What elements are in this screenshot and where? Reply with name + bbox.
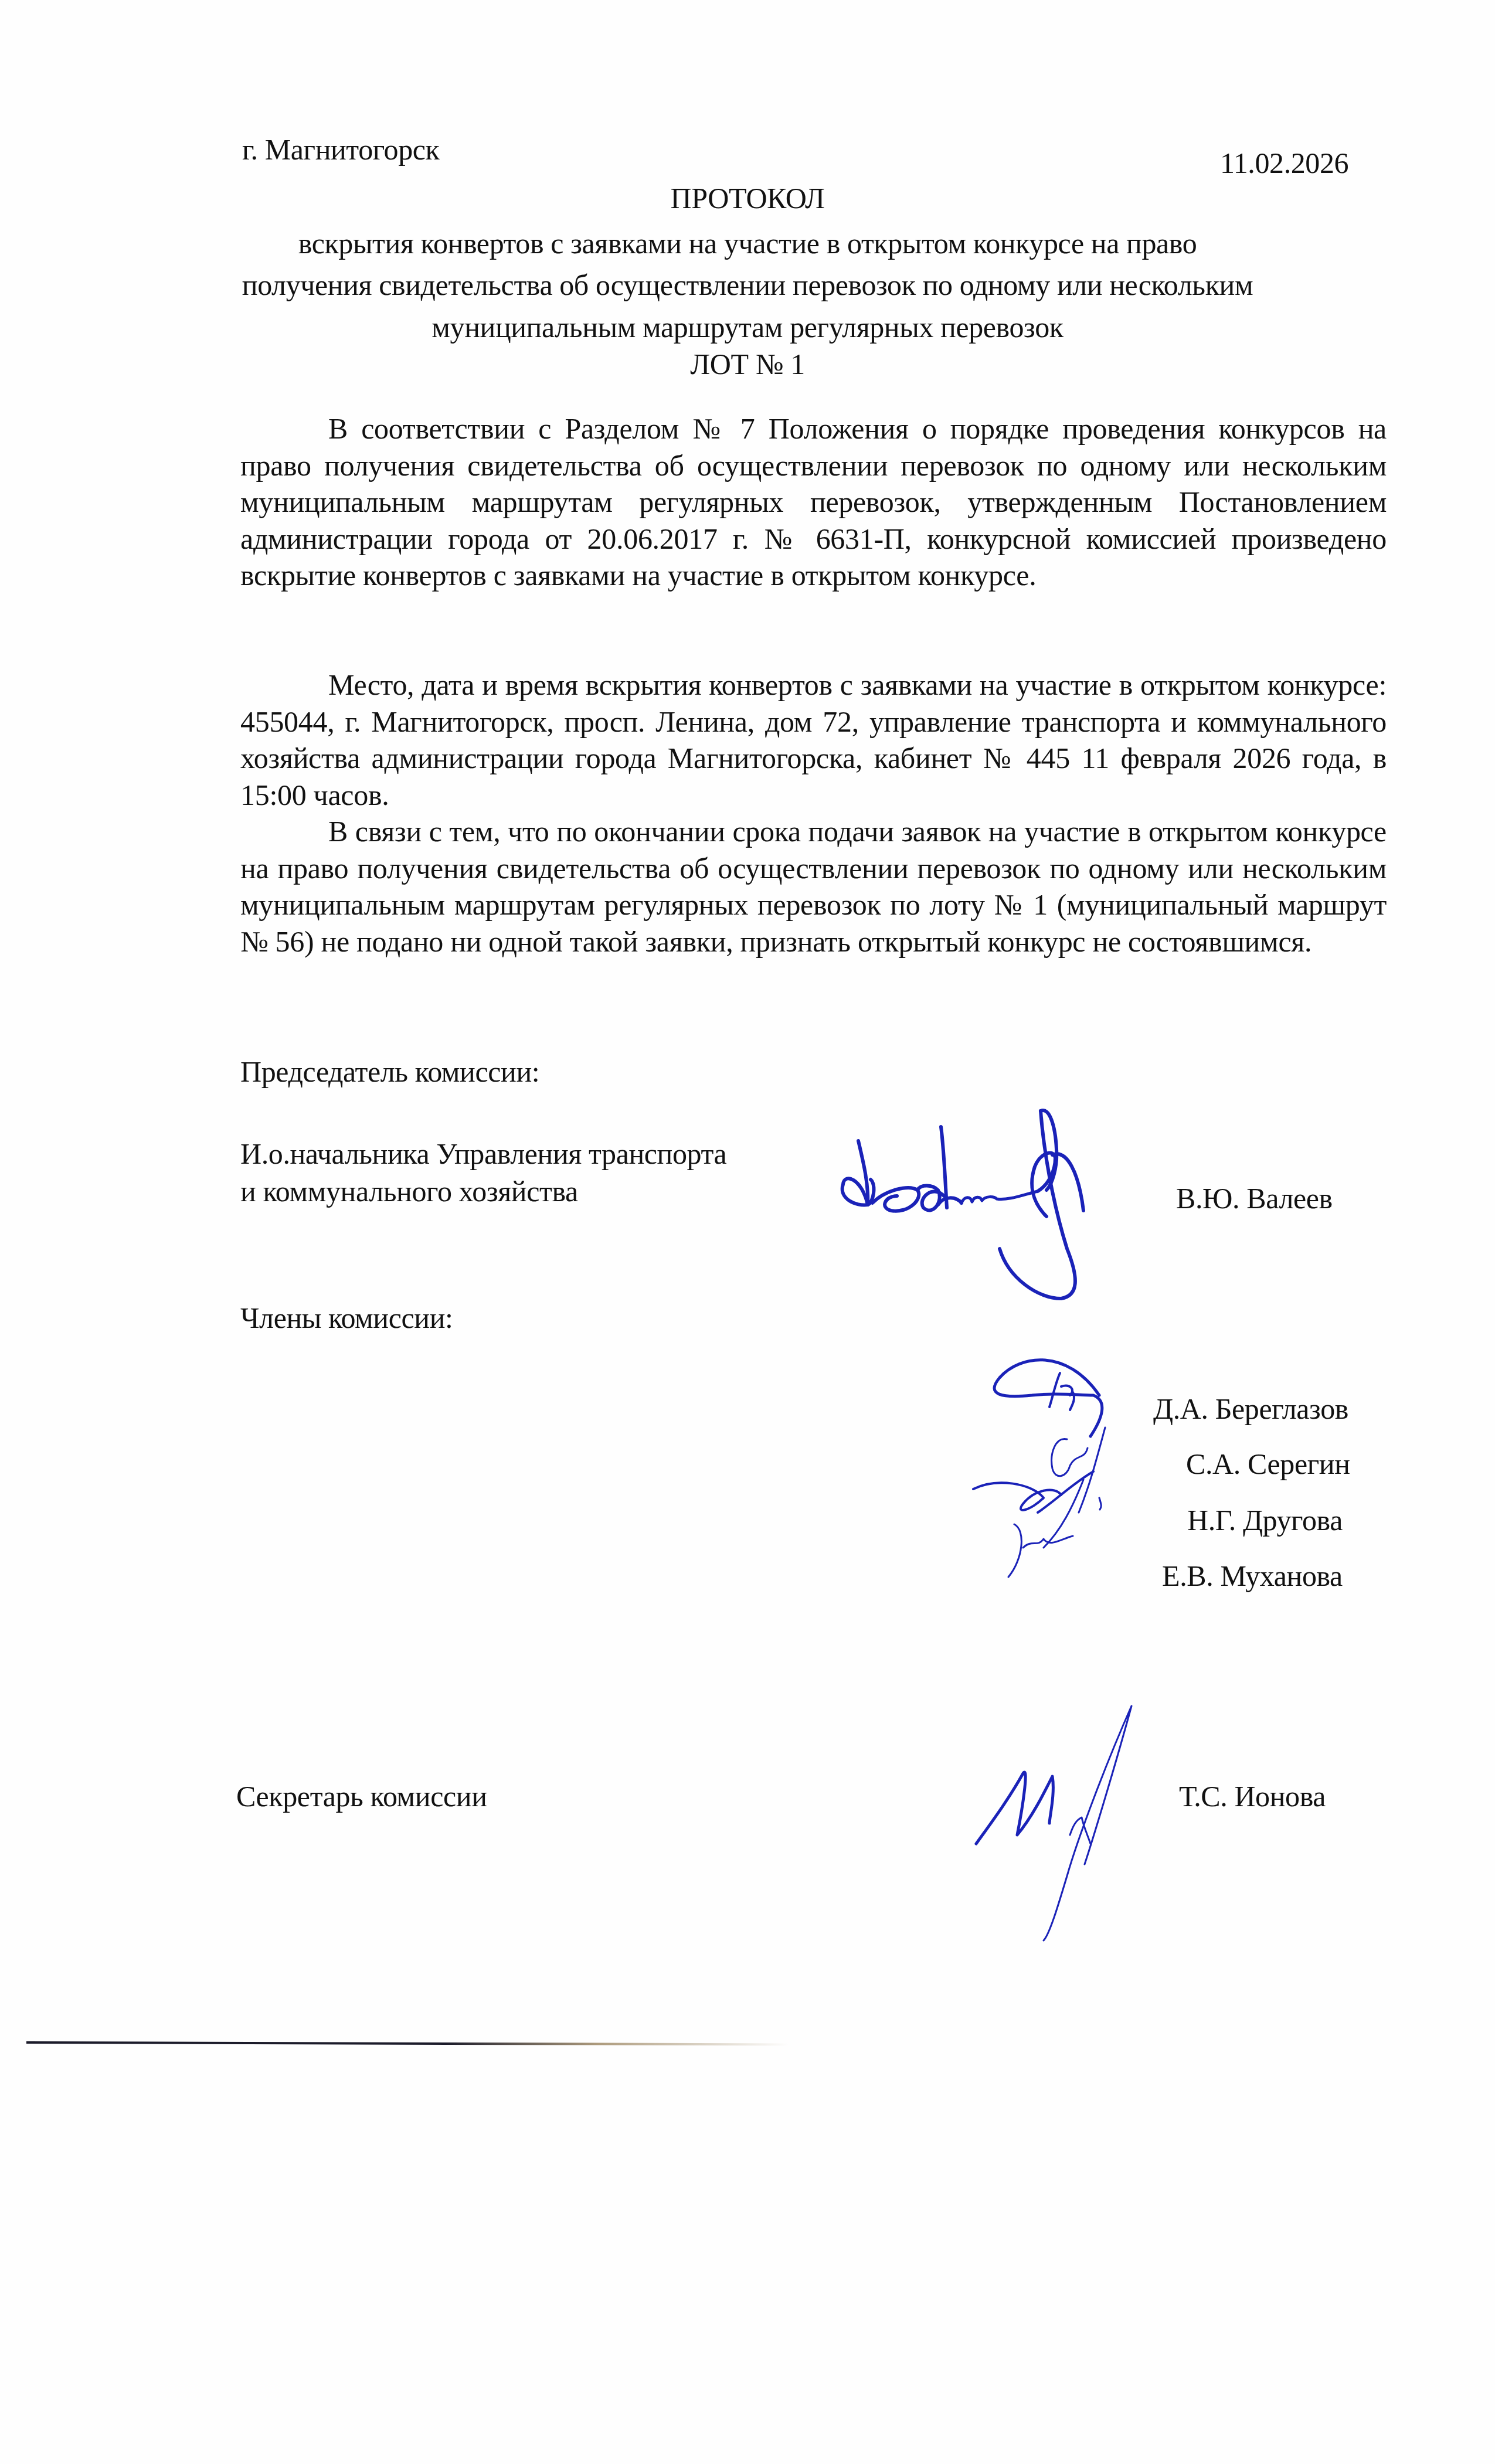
- document-date: 11.02.2026: [1220, 145, 1348, 181]
- chair-signature: [821, 1102, 1173, 1337]
- members-heading: Члены комиссии:: [240, 1300, 453, 1336]
- chair-position-line-2: и коммунального хозяйства: [240, 1173, 578, 1209]
- scan-divider-line: [26, 2041, 789, 2045]
- member-name-3: Н.Г. Другова: [1187, 1502, 1343, 1538]
- chair-position-line-1: И.о.начальника Управления транспорта: [240, 1136, 726, 1172]
- lot-number: ЛОТ № 1: [0, 346, 1495, 382]
- secretary-signature: [967, 1700, 1202, 1946]
- document-page: г. Магнитогорск 11.02.2026 ПРОТОКОЛ вскр…: [0, 0, 1495, 2464]
- members-signatures: [967, 1337, 1202, 1600]
- paragraph-basis: В соответствии с Разделом № 7 Положения …: [240, 410, 1387, 594]
- subtitle-line-3: муниципальным маршрутам регулярных перев…: [0, 309, 1495, 345]
- secretary-heading: Секретарь комиссии: [236, 1778, 487, 1814]
- subtitle-line-1: вскрытия конвертов с заявками на участие…: [0, 225, 1495, 261]
- city-label: г. Магнитогорск: [242, 131, 439, 168]
- paragraph-place-time: Место, дата и время вскрытия конвертов с…: [240, 667, 1387, 813]
- chair-heading: Председатель комиссии:: [240, 1053, 539, 1090]
- subtitle-line-2: получения свидетельства об осуществлении…: [0, 267, 1495, 303]
- paragraph-decision: В связи с тем, что по окончании срока по…: [240, 813, 1387, 960]
- member-name-2: С.А. Серегин: [1186, 1446, 1350, 1482]
- chair-name: В.Ю. Валеев: [1176, 1180, 1333, 1216]
- document-title: ПРОТОКОЛ: [0, 180, 1495, 216]
